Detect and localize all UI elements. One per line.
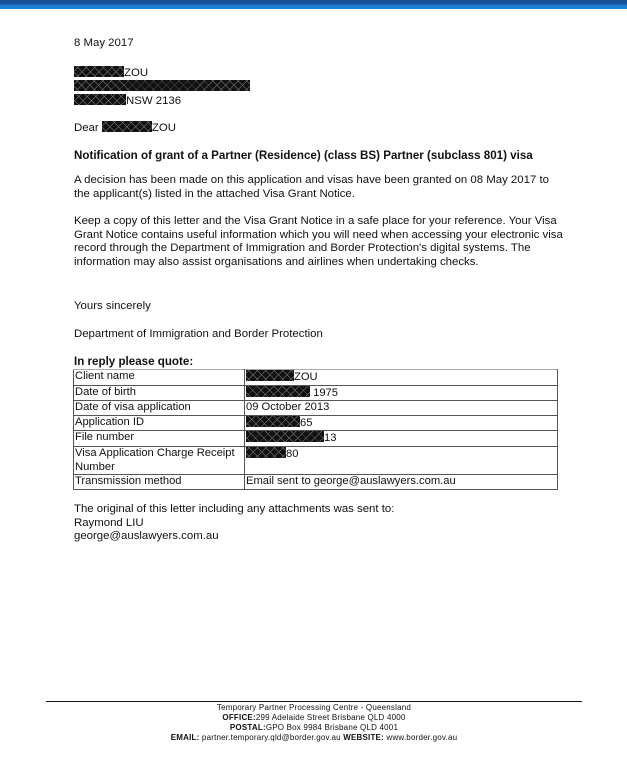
address-line-3: NSW 2136 — [126, 95, 181, 107]
table-row: Visa Application Charge Receipt Number 8… — [74, 446, 558, 474]
row-label: Transmission method — [74, 475, 245, 490]
sent-to-name: Raymond LIU — [74, 517, 394, 531]
row-value: ZOU — [245, 370, 558, 386]
paragraph-keep-copy: Keep a copy of this letter and the Visa … — [74, 215, 564, 269]
postal-address: GPO Box 9984 Brisbane QLD 4001 — [266, 723, 398, 732]
row-value: Email sent to george@auslawyers.com.au — [245, 475, 558, 490]
value-text: 65 — [300, 417, 312, 429]
redaction — [246, 386, 310, 397]
redaction — [246, 447, 286, 458]
signatory: Department of Immigration and Border Pro… — [74, 327, 323, 341]
sent-to-email: george@auslawyers.com.au — [74, 530, 394, 544]
header-bar — [0, 0, 627, 9]
redaction — [102, 121, 152, 132]
office-label: OFFICE: — [222, 713, 255, 722]
table-row: Transmission method Email sent to george… — [74, 475, 558, 490]
footer-centre: Temporary Partner Processing Centre - Qu… — [46, 703, 582, 713]
row-label: Application ID — [74, 415, 245, 431]
value-text: ZOU — [294, 371, 318, 383]
row-value: 13 — [245, 431, 558, 447]
row-value: 80 — [245, 446, 558, 474]
redaction — [246, 431, 324, 442]
quote-heading: In reply please quote: — [74, 355, 193, 369]
sent-to-block: The original of this letter including an… — [74, 503, 394, 544]
table-row: Client name ZOU — [74, 370, 558, 386]
value-text: 80 — [286, 448, 298, 460]
redaction — [246, 416, 300, 427]
postal-label: POSTAL: — [230, 723, 266, 732]
redaction — [74, 66, 124, 77]
row-label: File number — [74, 431, 245, 447]
redaction — [74, 94, 126, 105]
footer-contact: EMAIL: partner.temporary.qld@border.gov.… — [46, 733, 582, 743]
redaction — [246, 370, 294, 381]
row-label: Client name — [74, 370, 245, 386]
row-value: 65 — [245, 415, 558, 431]
salutation: Dear ZOU — [74, 121, 176, 135]
closing: Yours sincerely — [74, 299, 151, 313]
table-row: Date of birth 1975 — [74, 385, 558, 401]
letter-subject: Notification of grant of a Partner (Resi… — [74, 149, 533, 163]
salutation-name: ZOU — [152, 122, 176, 134]
paragraph-decision: A decision has been made on this applica… — [74, 174, 564, 201]
row-label: Visa Application Charge Receipt Number — [74, 446, 245, 474]
table-row: File number 13 — [74, 431, 558, 447]
row-value: 1975 — [245, 385, 558, 401]
salutation-prefix: Dear — [74, 122, 99, 134]
sent-to-intro: The original of this letter including an… — [74, 503, 394, 517]
value-text: 13 — [324, 432, 336, 444]
website-label: WEBSITE: — [343, 733, 384, 742]
email-address: partner.temporary.qld@border.gov.au — [200, 733, 344, 742]
footer-postal: POSTAL:GPO Box 9984 Brisbane QLD 4001 — [46, 723, 582, 733]
footer-office: OFFICE:299 Adelaide Street Brisbane QLD … — [46, 713, 582, 723]
value-text: 1975 — [310, 387, 338, 399]
reference-table: Client name ZOU Date of birth 1975 Date … — [73, 369, 558, 490]
table-row: Application ID 65 — [74, 415, 558, 431]
office-address: 299 Adelaide Street Brisbane QLD 4000 — [256, 713, 406, 722]
website-address: www.border.gov.au — [384, 733, 457, 742]
row-label: Date of visa application — [74, 401, 245, 416]
table-row: Date of visa application 09 October 2013 — [74, 401, 558, 416]
address-line-1: ZOU — [124, 67, 148, 79]
row-label: Date of birth — [74, 385, 245, 401]
recipient-address: ZOU NSW 2136 — [74, 66, 250, 108]
email-label: EMAIL: — [171, 733, 200, 742]
footer: Temporary Partner Processing Centre - Qu… — [46, 703, 582, 743]
footer-divider — [46, 701, 582, 702]
redaction — [74, 80, 250, 91]
letter-date: 8 May 2017 — [74, 36, 134, 50]
row-value: 09 October 2013 — [245, 401, 558, 416]
